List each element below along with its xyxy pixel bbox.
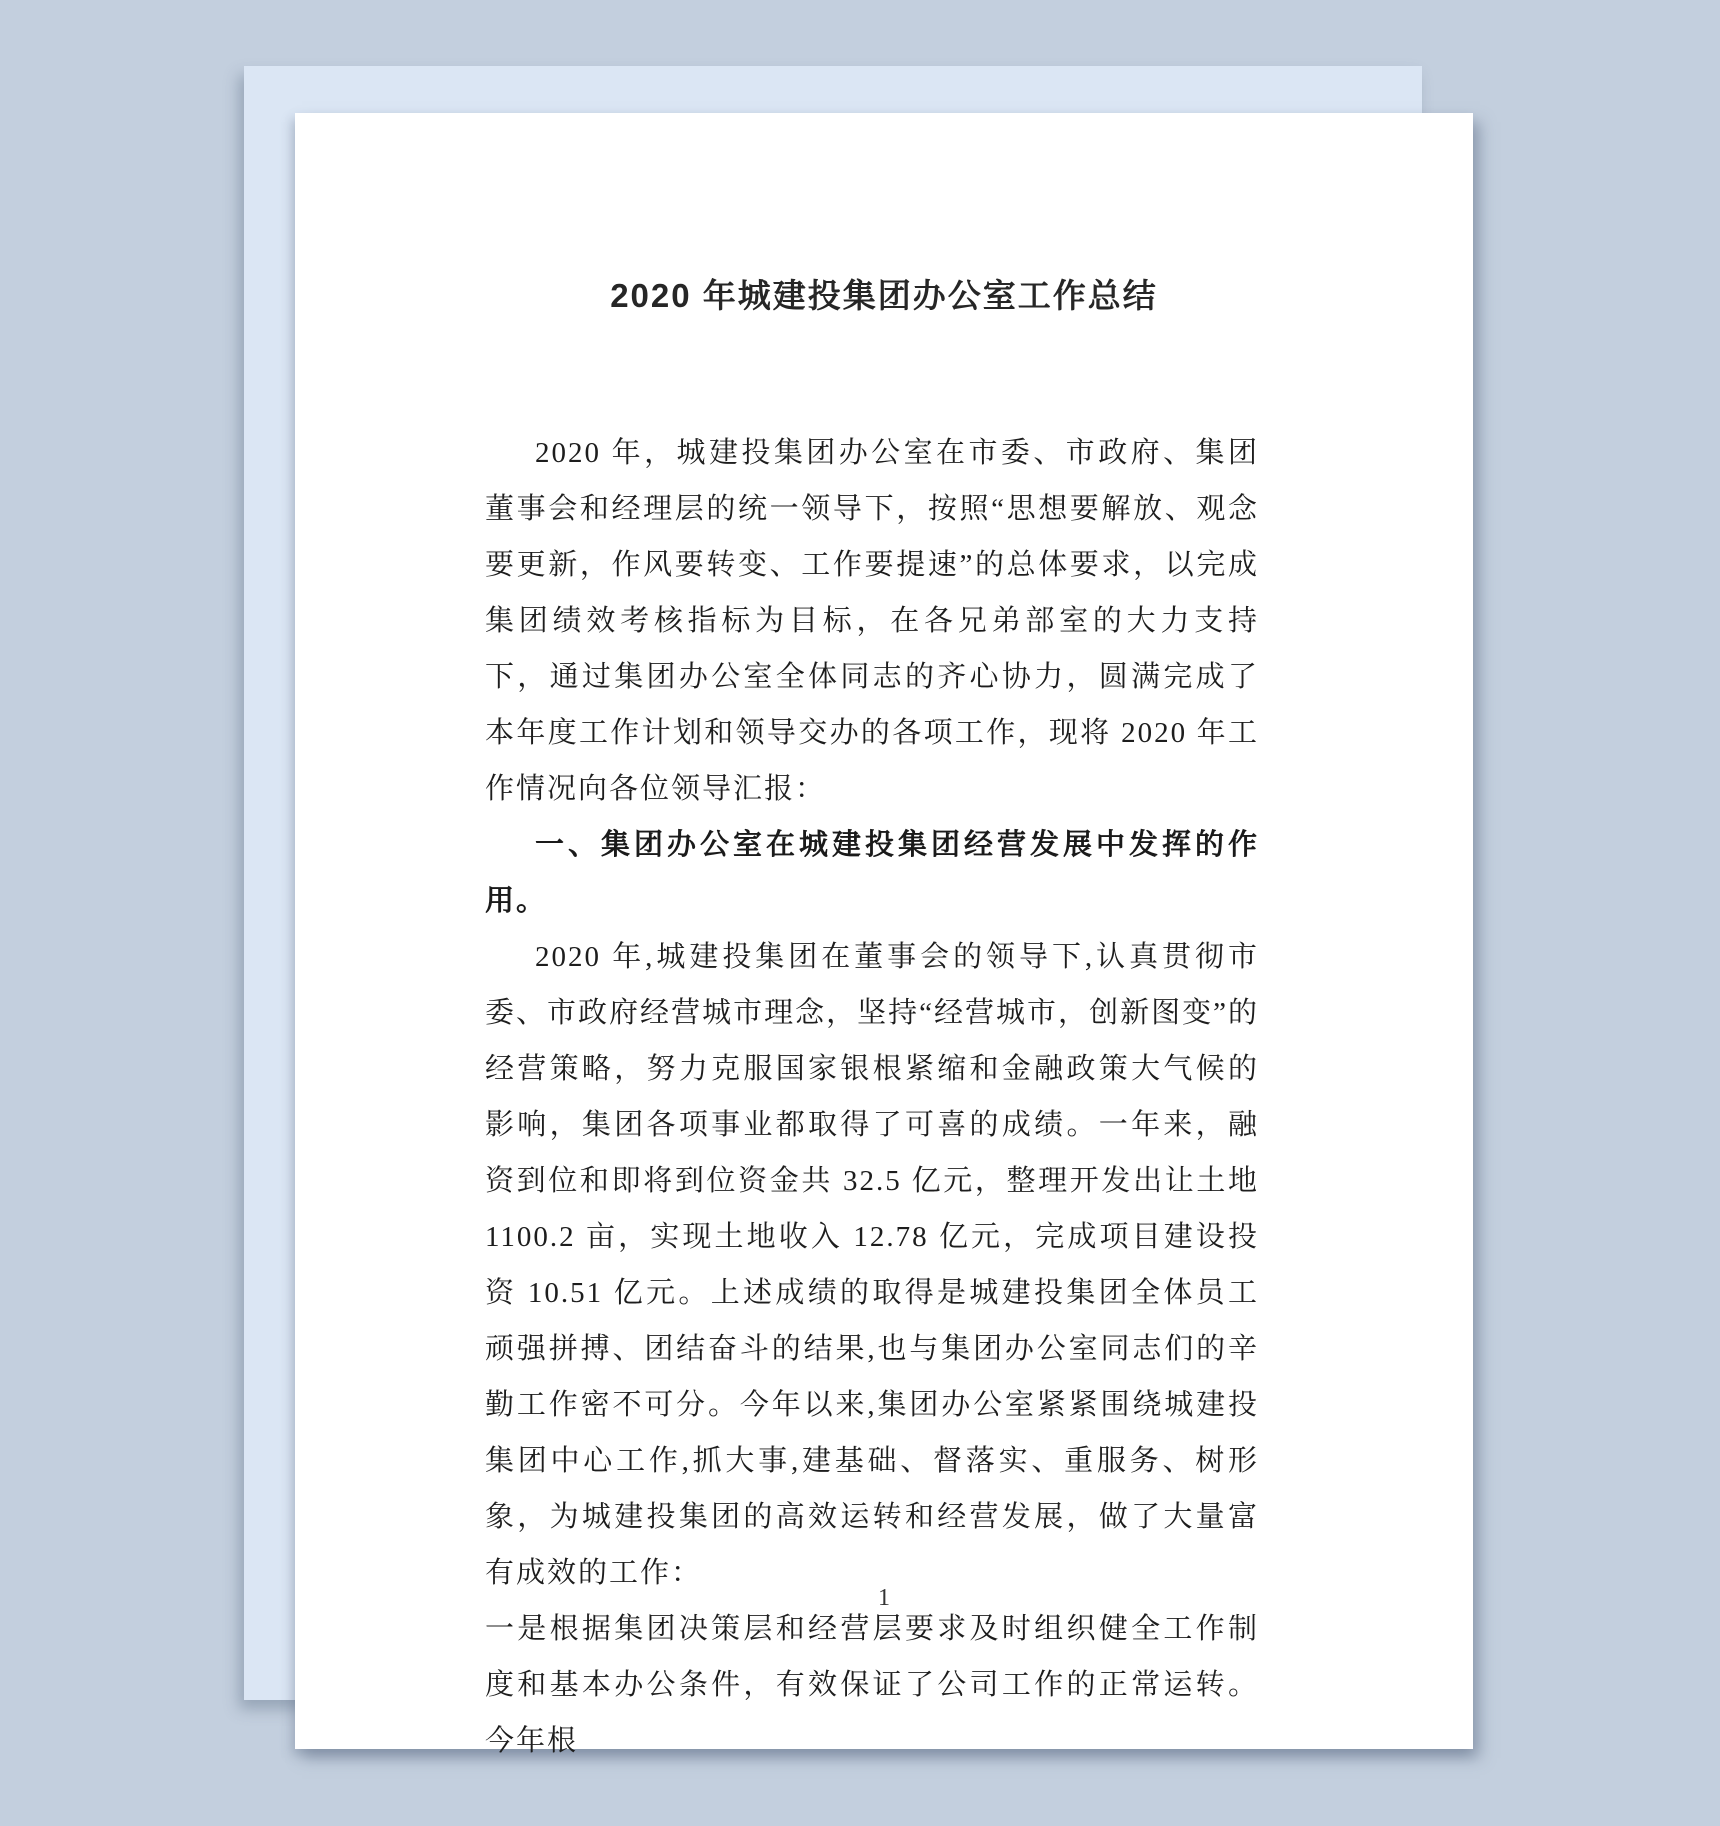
section-heading: 一、集团办公室在城建投集团经营发展中发挥的作用。 <box>485 817 1259 929</box>
document-body: 2020 年，城建投集团办公室在市委、市政府、集团董事会和经理层的统一领导下，按… <box>485 425 1259 1769</box>
paragraph-section-body: 2020 年,城建投集团在董事会的领导下,认真贯彻市委、市政府经营城市理念，坚持… <box>485 929 1259 1601</box>
document-page: 2020 年城建投集团办公室工作总结 2020 年，城建投集团办公室在市委、市政… <box>295 113 1473 1749</box>
paragraph-item-one: 一是根据集团决策层和经营层要求及时组织健全工作制度和基本办公条件，有效保证了公司… <box>485 1601 1259 1769</box>
paragraph-intro: 2020 年，城建投集团办公室在市委、市政府、集团董事会和经理层的统一领导下，按… <box>485 425 1259 817</box>
document-title: 2020 年城建投集团办公室工作总结 <box>295 113 1473 321</box>
page-number: 1 <box>295 1585 1473 1612</box>
document-viewer-canvas: 2020 年城建投集团办公室工作总结 2020 年，城建投集团办公室在市委、市政… <box>0 0 1720 1826</box>
